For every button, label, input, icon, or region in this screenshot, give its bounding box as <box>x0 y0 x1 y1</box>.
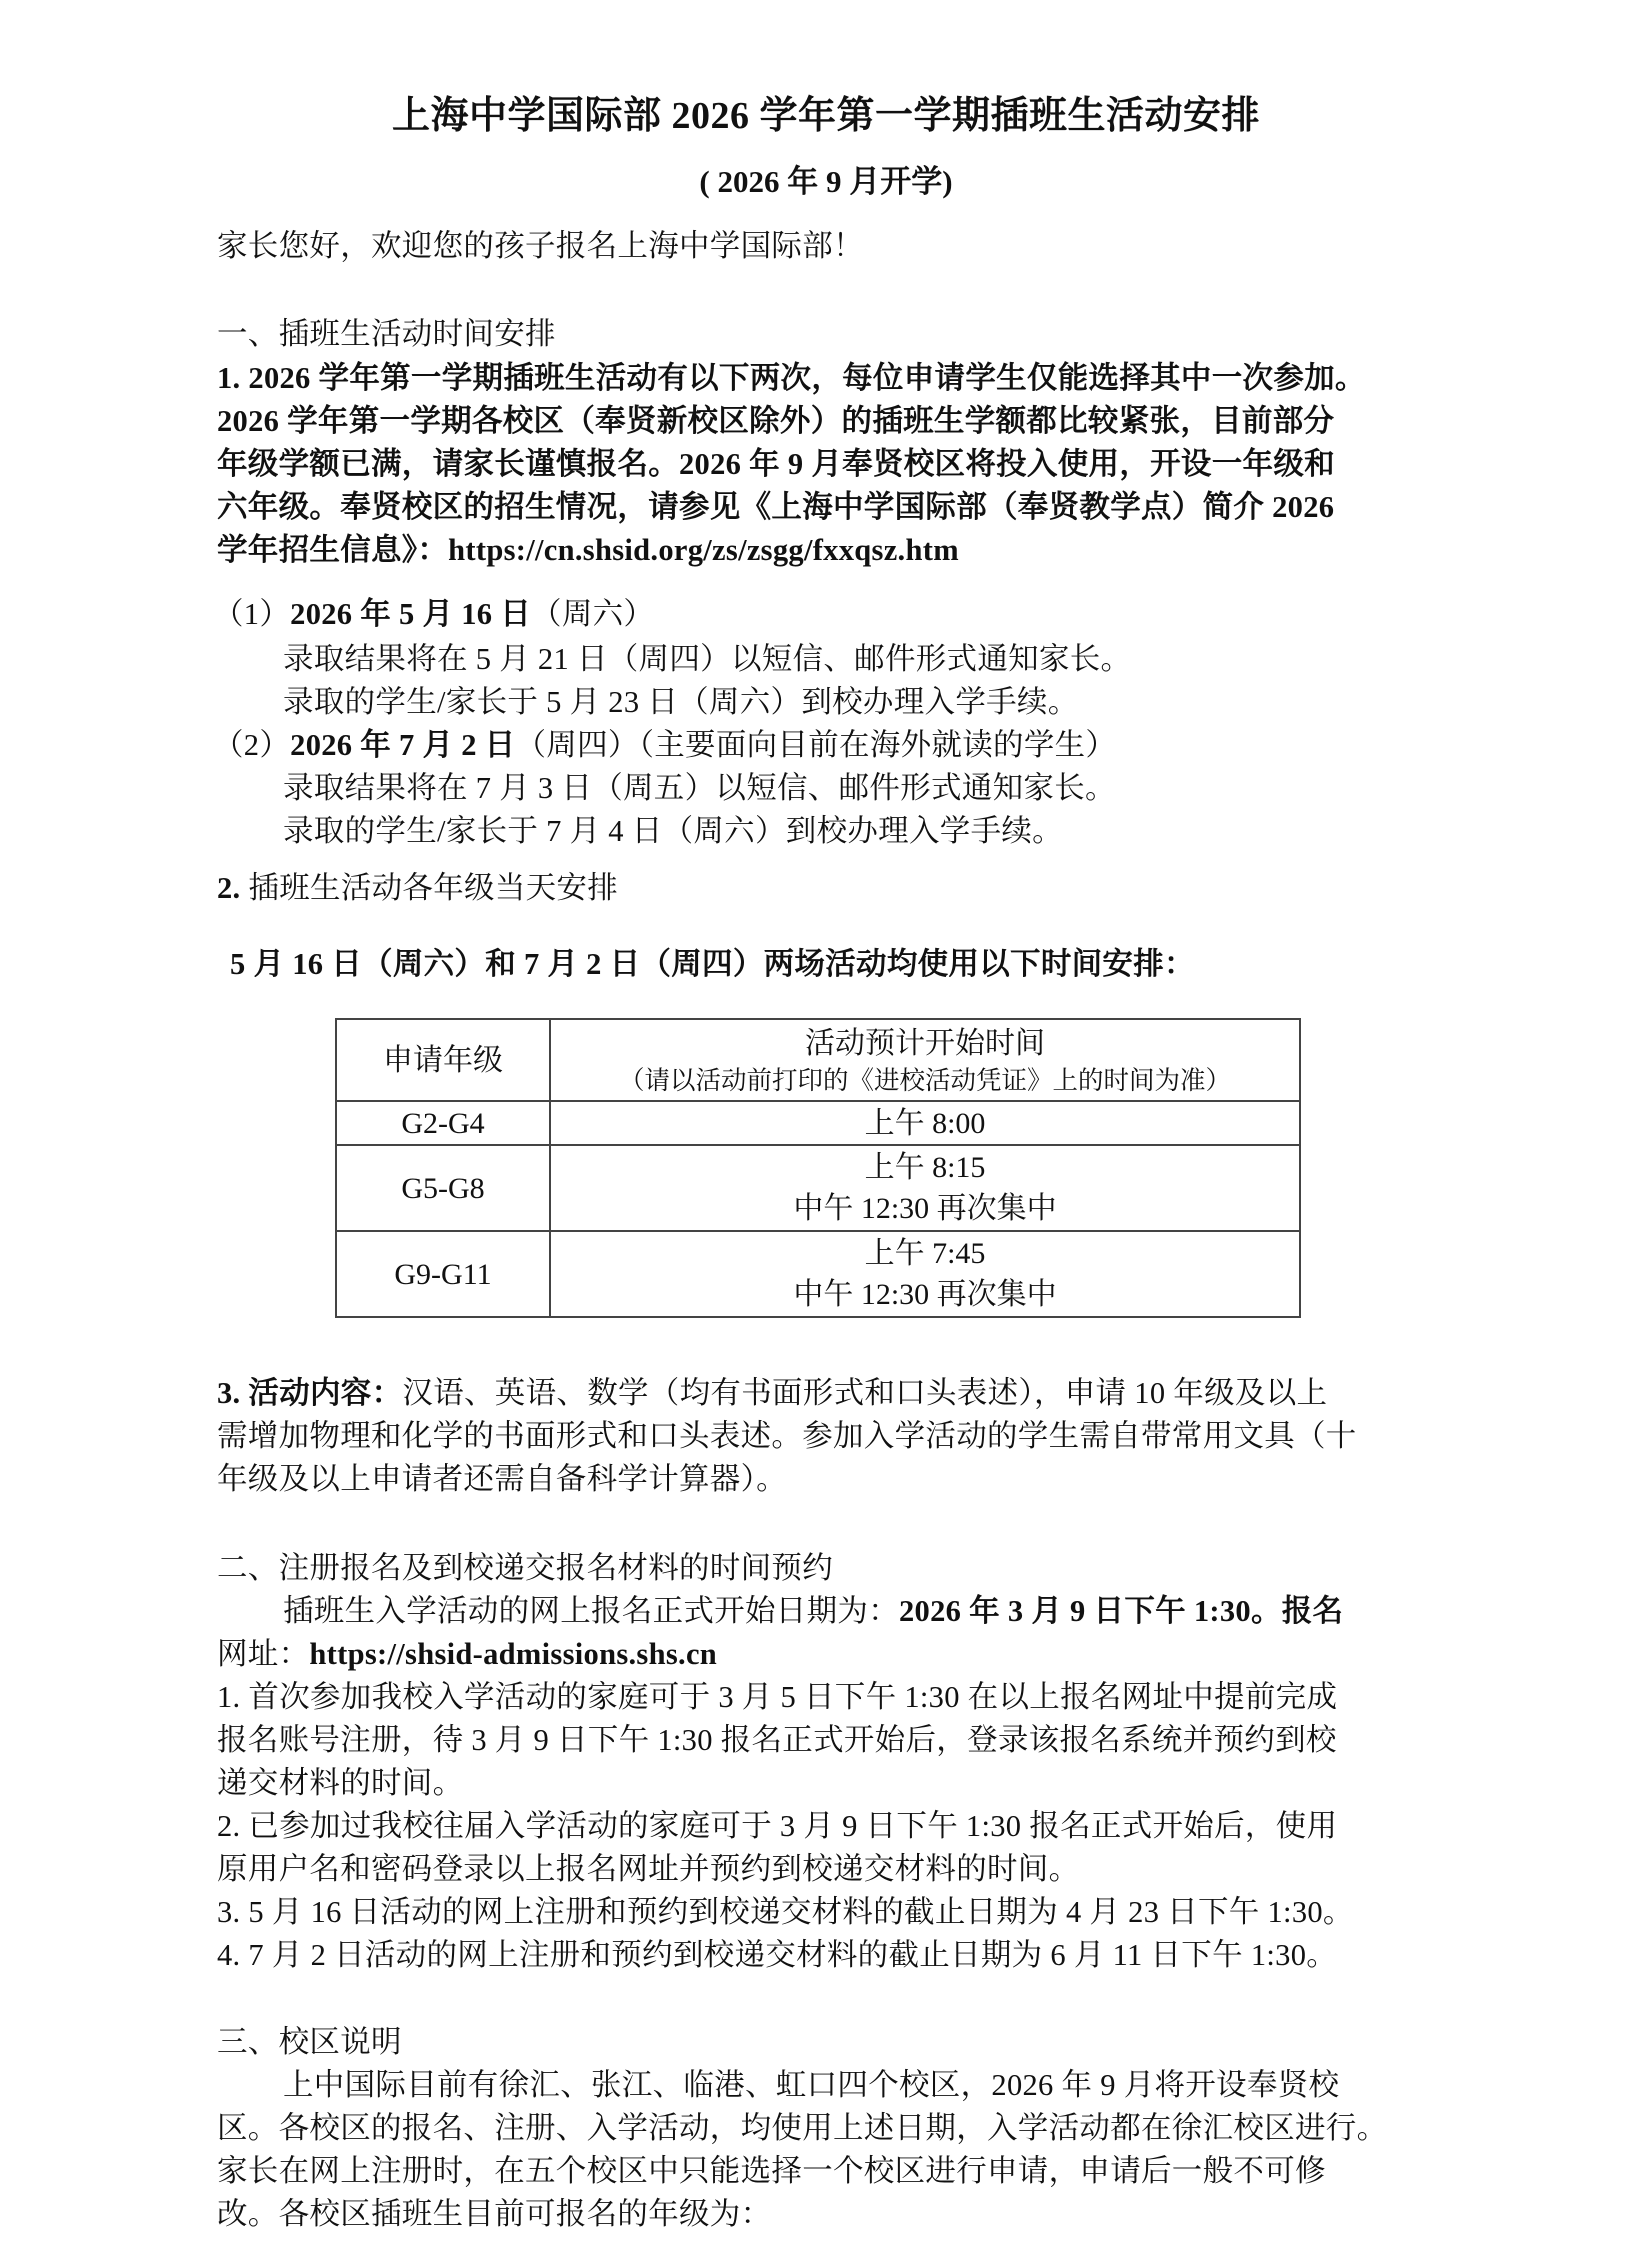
session-1-note: 录取结果将在 5 月 21 日（周四）以短信、邮件形式通知家长。 <box>283 639 1513 679</box>
session-2-note: 录取的学生/家长于 7 月 4 日（周六）到校办理入学手续。 <box>283 811 1513 851</box>
table-row: G9-G11 上午 7:45 中午 12:30 再次集中 <box>336 1231 1300 1317</box>
section2-item-line: 4. 7 月 2 日活动的网上注册和预约到校递交材料的截止日期为 6 月 11 … <box>217 1935 1447 1975</box>
section1-item1-line: 六年级。奉贤校区的招生情况，请参见《上海中学国际部（奉贤教学点）简介 2026 <box>217 487 1447 527</box>
item3-label: 3. 活动内容： <box>217 1376 402 1410</box>
section3-line: 改。各校区插班生目前可报名的年级为： <box>217 2194 1447 2234</box>
section2-url-line: 网址：https://shsid-admissions.shs.cn <box>217 1634 1447 1674</box>
time-cell: 上午 7:45 中午 12:30 再次集中 <box>550 1231 1300 1317</box>
section1-item1-line: 2026 学年第一学期各校区（奉贤新校区除外）的插班生学额都比较紧张，目前部分 <box>217 401 1447 441</box>
session-label: （2） <box>213 728 290 762</box>
section2-intro: 插班生入学活动的网上报名正式开始日期为：2026 年 3 月 9 日下午 1:3… <box>283 1591 1513 1631</box>
section1-item3-line: 3. 活动内容：汉语、英语、数学（均有书面形式和口头表述），申请 10 年级及以… <box>217 1373 1447 1413</box>
section1-item2-heading: 2. 插班生活动各年级当天安排 <box>217 868 1447 908</box>
section2-item-line: 递交材料的时间。 <box>217 1763 1447 1803</box>
section1-item1-line: 1. 2026 学年第一学期插班生活动有以下两次，每位申请学生仅能选择其中一次参… <box>217 358 1447 398</box>
document-subtitle: ( 2026 年 9 月开学) <box>0 162 1652 202</box>
registration-url-link[interactable]: https://shsid-admissions.shs.cn <box>309 1637 717 1671</box>
session-1-note: 录取的学生/家长于 5 月 23 日（周六）到校办理入学手续。 <box>283 682 1513 722</box>
session-date: 2026 年 5 月 16 日 <box>290 597 531 631</box>
session-date: 2026 年 7 月 2 日 <box>290 728 515 762</box>
document-page: 上海中学国际部 2026 学年第一学期插班生活动安排 ( 2026 年 9 月开… <box>0 0 1652 2248</box>
table-row: G5-G8 上午 8:15 中午 12:30 再次集中 <box>336 1145 1300 1231</box>
section2-item-line: 2. 已参加过我校往届入学活动的家庭可于 3 月 9 日下午 1:30 报名正式… <box>217 1806 1447 1846</box>
time-cell: 上午 8:15 中午 12:30 再次集中 <box>550 1145 1300 1231</box>
header-time-note: （请以活动前打印的《进校活动凭证》上的时间为准） <box>551 1064 1299 1098</box>
time-entry: 上午 7:45 <box>551 1233 1299 1274</box>
section3-line: 上中国际目前有徐汇、张江、临港、虹口四个校区，2026 年 9 月将开设奉贤校 <box>283 2065 1513 2105</box>
session-weekday: （周六） <box>531 597 654 631</box>
item3-text: 汉语、英语、数学（均有书面形式和口头表述），申请 10 年级及以上 <box>402 1376 1327 1410</box>
intro-text: 插班生入学活动的网上报名正式开始日期为： <box>283 1594 899 1628</box>
header-grade: 申请年级 <box>336 1019 550 1101</box>
greeting: 家长您好，欢迎您的孩子报名上海中学国际部！ <box>217 226 1447 266</box>
section1-heading: 一、插班生活动时间安排 <box>217 314 1447 354</box>
url-label: 网址： <box>217 1637 309 1671</box>
section2-item-line: 原用户名和密码登录以上报名网址并预约到校递交材料的时间。 <box>217 1849 1447 1889</box>
session-2-heading: （2）2026 年 7 月 2 日（周四）（主要面向目前在海外就读的学生） <box>213 725 1443 765</box>
section1-item1-line: 年级学额已满，请家长谨慎报名。2026 年 9 月奉贤校区将投入使用，开设一年级… <box>217 444 1447 484</box>
time-entry: 上午 8:00 <box>551 1103 1299 1144</box>
section2-item-line: 1. 首次参加我校入学活动的家庭可于 3 月 5 日下午 1:30 在以上报名网… <box>217 1677 1447 1717</box>
session-extra: （主要面向目前在海外就读的学生） <box>639 728 1117 762</box>
table-row: G2-G4 上午 8:00 <box>336 1101 1300 1145</box>
time-cell: 上午 8:00 <box>550 1101 1300 1145</box>
section2-heading: 二、注册报名及到校递交报名材料的时间预约 <box>217 1548 1447 1588</box>
time-entry: 中午 12:30 再次集中 <box>551 1274 1299 1315</box>
section2-item-line: 报名账号注册，待 3 月 9 日下午 1:30 报名正式开始后，登录该报名系统并… <box>217 1720 1447 1760</box>
item-title: 插班生活动各年级当天安排 <box>248 871 618 905</box>
section1-item3-line: 年级及以上申请者还需自备科学计算器）。 <box>217 1459 1447 1499</box>
section3-line: 家长在网上注册时，在五个校区中只能选择一个校区进行申请，申请后一般不可修 <box>217 2151 1447 2191</box>
header-time-label: 活动预计开始时间 <box>551 1023 1299 1064</box>
grade-cell: G5-G8 <box>336 1145 550 1231</box>
table-header-row: 申请年级 活动预计开始时间 （请以活动前打印的《进校活动凭证》上的时间为准） <box>336 1019 1300 1101</box>
section1-item1-url-line[interactable]: 学年招生信息》：https://cn.shsid.org/zs/zsgg/fxx… <box>217 530 1447 570</box>
grade-cell: G2-G4 <box>336 1101 550 1145</box>
session-label: （1） <box>213 597 290 631</box>
item-number: 2. <box>217 871 240 905</box>
section2-item-line: 3. 5 月 16 日活动的网上注册和预约到校递交材料的截止日期为 4 月 23… <box>217 1892 1447 1932</box>
document-title: 上海中学国际部 2026 学年第一学期插班生活动安排 <box>0 92 1652 140</box>
schedule-intro: 5 月 16 日（周六）和 7 月 2 日（周四）两场活动均使用以下时间安排： <box>230 944 1460 984</box>
schedule-table: 申请年级 活动预计开始时间 （请以活动前打印的《进校活动凭证》上的时间为准） G… <box>335 1018 1301 1318</box>
session-weekday: （周四） <box>515 728 638 762</box>
grade-cell: G9-G11 <box>336 1231 550 1317</box>
time-entry: 中午 12:30 再次集中 <box>551 1188 1299 1229</box>
session-1-heading: （1）2026 年 5 月 16 日（周六） <box>213 594 1443 634</box>
session-2-note: 录取结果将在 7 月 3 日（周五）以短信、邮件形式通知家长。 <box>283 768 1513 808</box>
section3-line: 区。各校区的报名、注册、入学活动，均使用上述日期，入学活动都在徐汇校区进行。 <box>217 2108 1447 2148</box>
header-time: 活动预计开始时间 （请以活动前打印的《进校活动凭证》上的时间为准） <box>550 1019 1300 1101</box>
section3-heading: 三、校区说明 <box>217 2022 1447 2062</box>
section1-item3-line: 需增加物理和化学的书面形式和口头表述。参加入学活动的学生需自带常用文具（十 <box>217 1416 1447 1456</box>
time-entry: 上午 8:15 <box>551 1147 1299 1188</box>
intro-date: 2026 年 3 月 9 日下午 1:30。报名 <box>899 1594 1343 1628</box>
